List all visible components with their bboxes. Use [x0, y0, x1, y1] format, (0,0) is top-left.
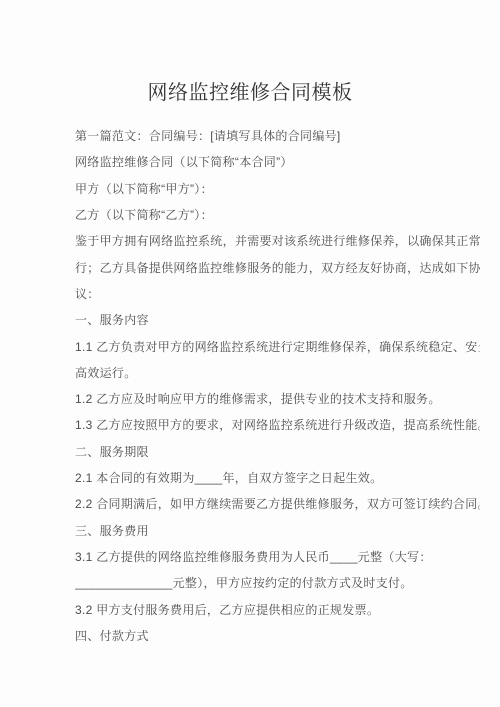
doc-clause-2-1: 2.1 本合同的有效期为____年，自双方签字之日起生效。: [75, 465, 480, 491]
doc-clause-2-2: 2.2 合同期满后，如甲方继续需要乙方提供维修服务，双方可签订续约合同。: [75, 491, 480, 517]
document-title: 网络监控维修合同模板: [0, 0, 500, 105]
doc-clause-3-1-line-1: 3.1 乙方提供的网络监控维修服务费用为人民币____元整（大写：: [75, 544, 480, 570]
doc-clause-1-1-line-2: 高效运行。: [75, 360, 480, 386]
doc-line-preamble-3: 议：: [75, 281, 480, 307]
doc-section-2-heading: 二、服务期限: [75, 439, 480, 465]
doc-clause-3-2: 3.2 甲方支付服务费用后，乙方应提供相应的正规发票。: [75, 597, 480, 623]
doc-line-preamble-1: 鉴于甲方拥有网络监控系统，并需要对该系统进行维修保养，以确保其正常运: [75, 228, 480, 254]
doc-line-intro: 第一篇范文：合同编号：[请填写具体的合同编号]: [75, 123, 480, 149]
doc-line-party-b: 乙方（以下简称“乙方”）：: [75, 202, 480, 228]
doc-line-preamble-2: 行；乙方具备提供网络监控维修服务的能力，双方经友好协商，达成如下协: [75, 255, 480, 281]
doc-clause-1-3: 1.3 乙方应按照甲方的要求，对网络监控系统进行升级改造，提高系统性能。: [75, 412, 480, 438]
doc-clause-3-1-line-2: ______________元整），甲方应按约定的付款方式及时支付。: [75, 570, 480, 596]
doc-clause-1-2: 1.2 乙方应及时响应甲方的维修需求，提供专业的技术支持和服务。: [75, 386, 480, 412]
doc-section-1-heading: 一、服务内容: [75, 307, 480, 333]
doc-section-4-heading: 四、付款方式: [75, 623, 480, 649]
doc-section-3-heading: 三、服务费用: [75, 518, 480, 544]
doc-clause-1-1-line-1: 1.1 乙方负责对甲方的网络监控系统进行定期维修保养，确保系统稳定、安全、: [75, 334, 480, 360]
doc-line-party-a: 甲方（以下简称“甲方”）：: [75, 176, 480, 202]
contract-document-page: 网络监控维修合同模板 第一篇范文：合同编号：[请填写具体的合同编号] 网络监控维…: [0, 0, 500, 707]
document-body: 第一篇范文：合同编号：[请填写具体的合同编号] 网络监控维修合同（以下简称“本合…: [75, 123, 480, 649]
doc-line-contract-name: 网络监控维修合同（以下简称“本合同”）: [75, 149, 480, 175]
